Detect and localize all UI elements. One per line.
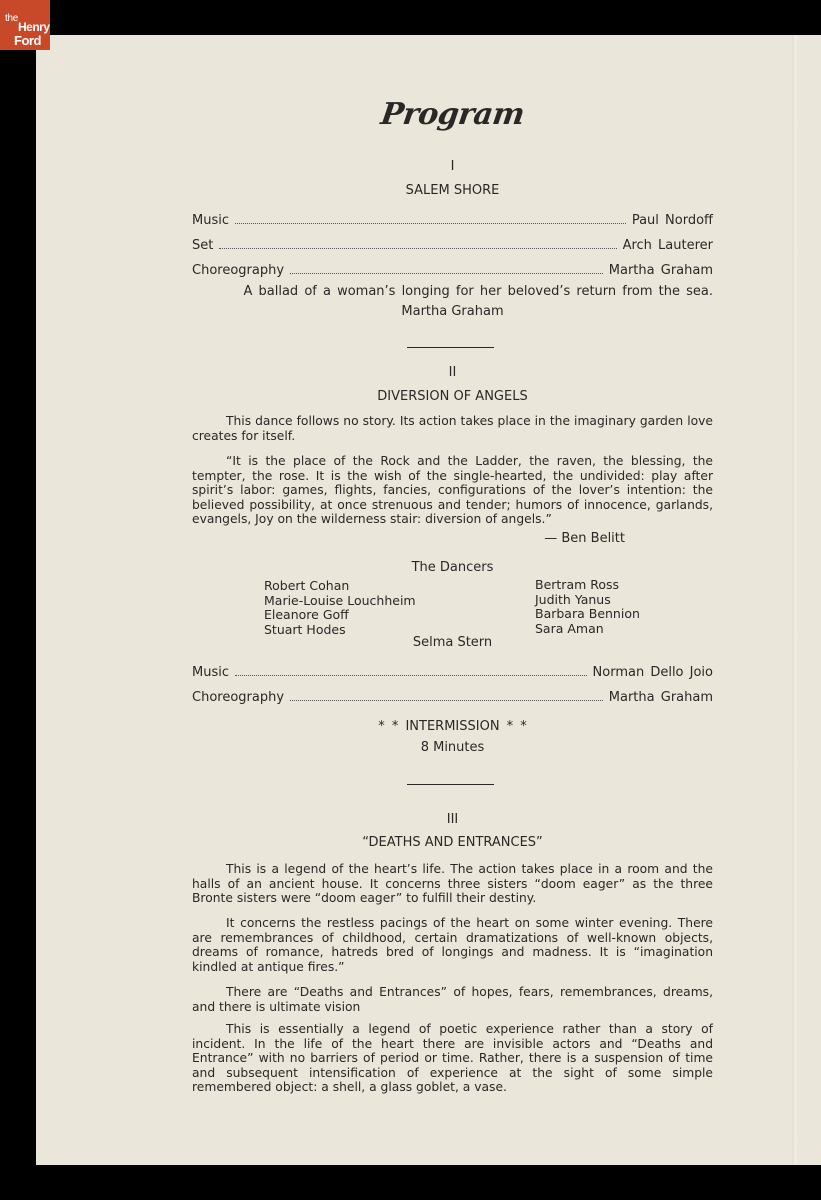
credit-row-set: Set Arch Lauterer [192,235,713,253]
section-divider [407,784,494,785]
credit-row-music: Music Norman Dello Joio [192,662,713,680]
dancer-name: Judith Yanus [535,593,640,608]
program-page: Program I SALEM SHORE Music Paul Nordoff… [36,35,821,1165]
dancer-name: Bertram Ross [535,578,640,593]
section-2-numeral: II [192,365,713,380]
henry-ford-logo: the Henry Ford [0,0,50,50]
credit-value: Martha Graham [609,263,713,278]
credit-row-choreography: Choreography Martha Graham [192,687,713,705]
credit-label: Music [192,665,229,680]
intermission-duration: 8 Minutes [192,740,713,755]
leader-dots [219,247,616,249]
credit-row-music: Music Paul Nordoff [192,210,713,228]
section-2-paragraph: This dance follows no story. Its action … [192,414,713,443]
credit-label: Choreography [192,263,284,278]
section-3-title: “DEATHS AND ENTRANCES” [192,835,713,850]
dancers-right-column: Bertram Ross Judith Yanus Barbara Bennio… [535,578,640,636]
logo-line-the: the [5,13,18,24]
quote-attribution: — Ben Belitt [192,531,625,546]
section-1-description: A ballad of a woman’s longing for her be… [192,284,713,299]
section-divider [407,347,494,348]
section-1-title: SALEM SHORE [192,183,713,198]
leader-dots [290,272,603,274]
dancers-left-column: Robert Cohan Marie-Louise Louchheim Elea… [264,579,416,637]
credit-value: Norman Dello Joio [593,665,713,680]
credit-label: Music [192,213,229,228]
leader-dots [290,699,603,701]
leader-dots [235,222,626,224]
section-3-numeral: III [192,812,713,827]
logo-line-ford: Ford [14,33,41,48]
intermission-label: * * INTERMISSION * * [192,719,713,734]
dancers-heading: The Dancers [192,560,713,575]
credit-label: Choreography [192,690,284,705]
dancer-name: Marie-Louise Louchheim [264,594,416,609]
dancer-name: Eleanore Goff [264,608,416,623]
credit-row-choreography: Choreography Martha Graham [192,260,713,278]
section-1-performer: Martha Graham [192,304,713,319]
section-3-paragraph: There are “Deaths and Entrances” of hope… [192,985,713,1014]
section-3-paragraph: It concerns the restless pacings of the … [192,916,713,974]
leader-dots [235,674,587,676]
credit-value: Paul Nordoff [632,213,713,228]
section-2-title: DIVERSION OF ANGELS [192,389,713,404]
section-3-paragraph: This is a legend of the heart’s life. Th… [192,862,713,906]
logo-line-henry: Henry [18,20,50,34]
credit-value: Martha Graham [609,690,713,705]
section-1-numeral: I [192,159,713,174]
dancer-name: Sara Aman [535,622,640,637]
section-3-paragraph: This is essentially a legend of poetic e… [192,1022,713,1095]
page-title: Program [190,97,716,132]
dancer-name: Barbara Bennion [535,607,640,622]
dancer-name: Robert Cohan [264,579,416,594]
dancer-name-center: Selma Stern [192,635,713,650]
credit-label: Set [192,238,213,253]
credit-value: Arch Lauterer [623,238,713,253]
section-2-quote: “It is the place of the Rock and the Lad… [192,454,713,527]
